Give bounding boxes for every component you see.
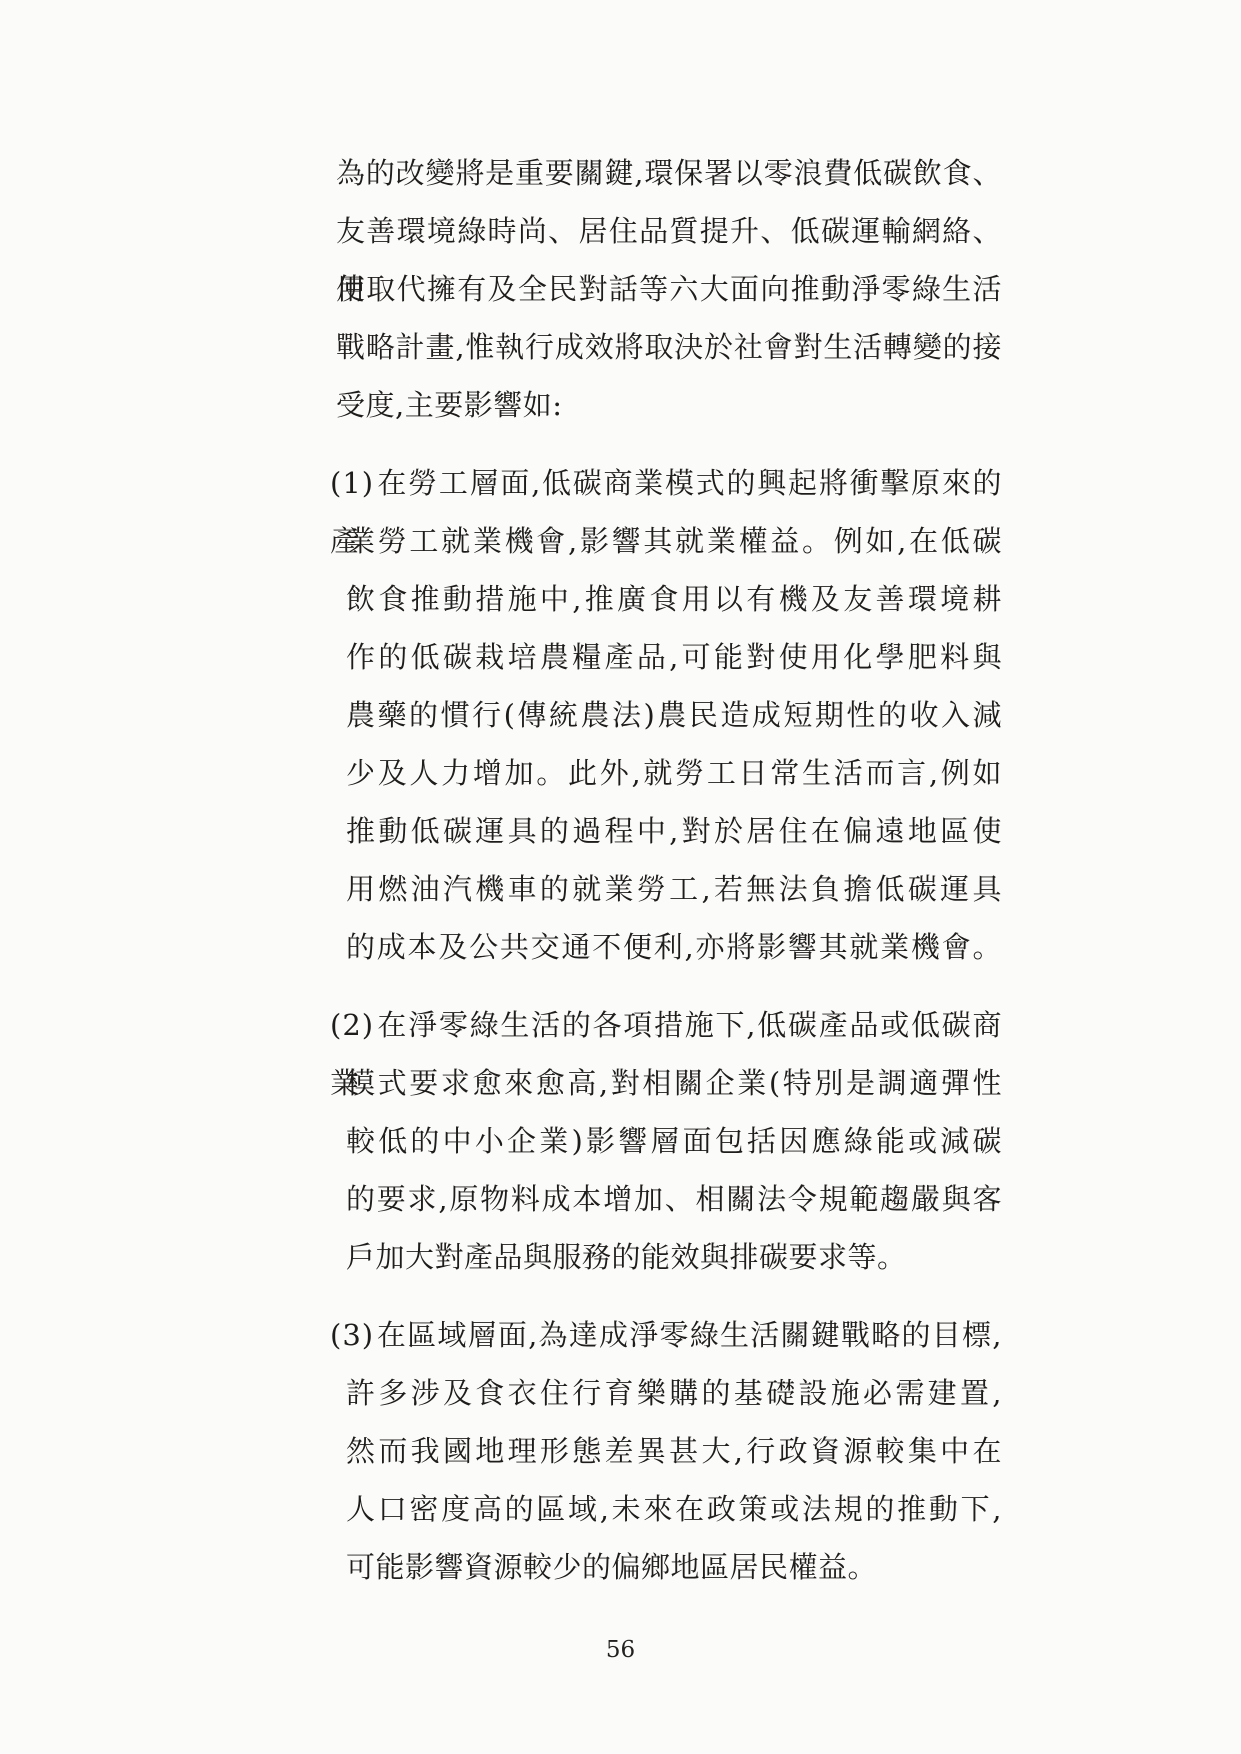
body-text: 為的改變將是重要關鍵,環保署以零浪費低碳飲食、 友善環境綠時尚、居住品質提升、低… — [330, 144, 1002, 1596]
text-line: 較低的中小企業)影響層面包括因應綠能或減碳 — [330, 1112, 1002, 1170]
text-line: 人口密度高的區域,未來在政策或法規的推動下, — [330, 1480, 1002, 1538]
document-page: 為的改變將是重要關鍵,環保署以零浪費低碳飲食、 友善環境綠時尚、居住品質提升、低… — [0, 0, 1241, 1754]
text-line: 推動低碳運具的過程中,對於居住在偏遠地區使 — [330, 802, 1002, 860]
item-2-marker: (2) — [330, 1008, 376, 1042]
text-line: 農藥的慣行(傳統農法)農民造成短期性的收入減 — [330, 686, 1002, 744]
text-line: 用燃油汽機車的就業勞工,若無法負擔低碳運具 — [330, 860, 1002, 918]
text-line: (2)在淨零綠生活的各項措施下,低碳產品或低碳商業 — [330, 996, 1002, 1054]
page-number: 56 — [0, 1632, 1241, 1668]
text-line: 的要求,原物料成本增加、相關法令規範趨嚴與客 — [330, 1170, 1002, 1228]
intro-paragraph: 為的改變將是重要關鍵,環保署以零浪費低碳飲食、 友善環境綠時尚、居住品質提升、低… — [330, 144, 1002, 434]
text-line: (3)在區域層面,為達成淨零綠生活關鍵戰略的目標, — [330, 1306, 1002, 1364]
text-line: 許多涉及食衣住行育樂購的基礎設施必需建置, — [330, 1364, 1002, 1422]
text-line: 戶加大對產品與服務的能效與排碳要求等。 — [330, 1228, 1002, 1286]
numbered-item-2: (2)在淨零綠生活的各項措施下,低碳產品或低碳商業 模式要求愈來愈高,對相關企業… — [330, 996, 1002, 1286]
text-line: (1)在勞工層面,低碳商業模式的興起將衝擊原來的產 — [330, 454, 1002, 512]
text-line: 為的改變將是重要關鍵,環保署以零浪費低碳飲食、 — [330, 144, 1002, 202]
text-line: 戰略計畫,惟執行成效將取決於社會對生活轉變的接 — [330, 318, 1002, 376]
item-3-first-line: 在區域層面,為達成淨零綠生活關鍵戰略的目標, — [376, 1318, 1002, 1352]
text-line: 用取代擁有及全民對話等六大面向推動淨零綠生活 — [330, 260, 1002, 318]
text-line: 然而我國地理形態差異甚大,行政資源較集中在 — [330, 1422, 1002, 1480]
item-1-marker: (1) — [330, 466, 376, 500]
text-line: 作的低碳栽培農糧產品,可能對使用化學肥料與 — [330, 628, 1002, 686]
text-line: 少及人力增加。此外,就勞工日常生活而言,例如 — [330, 744, 1002, 802]
text-line: 飲食推動措施中,推廣食用以有機及友善環境耕 — [330, 570, 1002, 628]
text-line: 業勞工就業機會,影響其就業權益。例如,在低碳 — [330, 512, 1002, 570]
text-line: 的成本及公共交通不便利,亦將影響其就業機會。 — [330, 918, 1002, 976]
numbered-item-3: (3)在區域層面,為達成淨零綠生活關鍵戰略的目標, 許多涉及食衣住行育樂購的基礎… — [330, 1306, 1002, 1596]
text-line: 受度,主要影響如: — [330, 376, 1002, 434]
numbered-item-1: (1)在勞工層面,低碳商業模式的興起將衝擊原來的產 業勞工就業機會,影響其就業權… — [330, 454, 1002, 976]
text-line: 友善環境綠時尚、居住品質提升、低碳運輸網絡、使 — [330, 202, 1002, 260]
text-line: 模式要求愈來愈高,對相關企業(特別是調適彈性 — [330, 1054, 1002, 1112]
item-3-marker: (3) — [330, 1318, 376, 1352]
text-line: 可能影響資源較少的偏鄉地區居民權益。 — [330, 1538, 1002, 1596]
